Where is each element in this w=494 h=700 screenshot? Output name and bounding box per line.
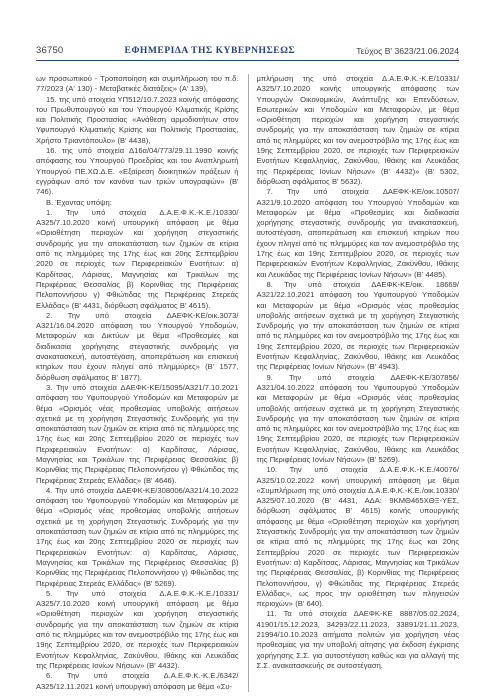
- paragraph: 2. Την υπό στοιχεία ΔΑΕΦΚ-ΚΕ/οικ.3073/Α3…: [36, 311, 239, 383]
- paragraph: μπλήρωση της υπό στοιχεία Δ.Α.Ε.Φ.Κ.-Κ.Ε…: [257, 74, 460, 187]
- paragraph: 8. Την υπό στοιχεία ΔΑΕΦΚ-ΚΕ/οικ. 18669/…: [257, 280, 460, 373]
- column-right: μπλήρωση της υπό στοιχεία Δ.Α.Ε.Φ.Κ.-Κ.Ε…: [257, 74, 460, 692]
- paragraph: 9. Την υπό στοιχεία ΔΑΕΦΚ-ΚΕ/307856/Α321…: [257, 373, 460, 466]
- paragraph: 6. Την υπό στοιχεία Δ.Α.Ε.Φ.Κ.-Κ.Ε./6342…: [36, 671, 239, 692]
- gazette-page: 36750 ΕΦΗΜΕΡΙΔΑ ΤΗΣ ΚΥΒΕΡΝΗΣΕΩΣ Τεύχος Β…: [0, 0, 494, 700]
- issue-info: Τεύχος Β' 3623/21.06.2024: [356, 46, 459, 56]
- paragraph: Β. Έχοντας υπόψη:: [36, 198, 239, 208]
- column-divider: [248, 74, 249, 692]
- page-number: 36750: [36, 45, 63, 56]
- paragraph: 3. Την υπό στοιχεία ΔΑΕΦΚ-ΚΕ/15095/Α321/…: [36, 383, 239, 486]
- text-columns: ων προσωπικού - Τροποποίηση και συμπλήρω…: [36, 74, 459, 692]
- paragraph: 10. Την υπό στοιχεία Δ.Α.Ε.Φ.Κ.-Κ.Ε./400…: [257, 465, 460, 609]
- paragraph: 4. Την υπό στοιχεία ΔΑΕΦΚ-ΚΕ/308006/Α321…: [36, 486, 239, 589]
- gazette-title: ΕΦΗΜΕΡΙΔΑ ΤΗΣ ΚΥΒΕΡΝΗΣΕΩΣ: [125, 45, 296, 56]
- paragraph: 1. Την υπό στοιχεία Δ.Α.Ε.Φ.Κ.-Κ.Ε./1033…: [36, 208, 239, 311]
- paragraph: 11. Τα υπό στοιχεία ΔΑΕΦΚ-ΚΕ 8887/05.02.…: [257, 609, 460, 671]
- column-left: ων προσωπικού - Τροποποίηση και συμπλήρω…: [36, 74, 239, 692]
- paragraph: 5. Την υπό στοιχεία Δ.Α.Ε.Φ.Κ.-Κ.Ε./1033…: [36, 589, 239, 671]
- paragraph: 7. Την υπό στοιχεία ΔΑΕΦΚ-ΚΕ/οικ.10507/Α…: [257, 187, 460, 280]
- masthead: 36750 ΕΦΗΜΕΡΙΔΑ ΤΗΣ ΚΥΒΕΡΝΗΣΕΩΣ Τεύχος Β…: [36, 45, 459, 61]
- paragraph: 16. της υπό στοιχεία Δ16α/04/773/29.11.1…: [36, 146, 239, 197]
- paragraph: ων προσωπικού - Τροποποίηση και συμπλήρω…: [36, 74, 239, 95]
- paragraph: 15. της υπό στοιχεία ΥΠ512/10.7.2023 κοι…: [36, 95, 239, 146]
